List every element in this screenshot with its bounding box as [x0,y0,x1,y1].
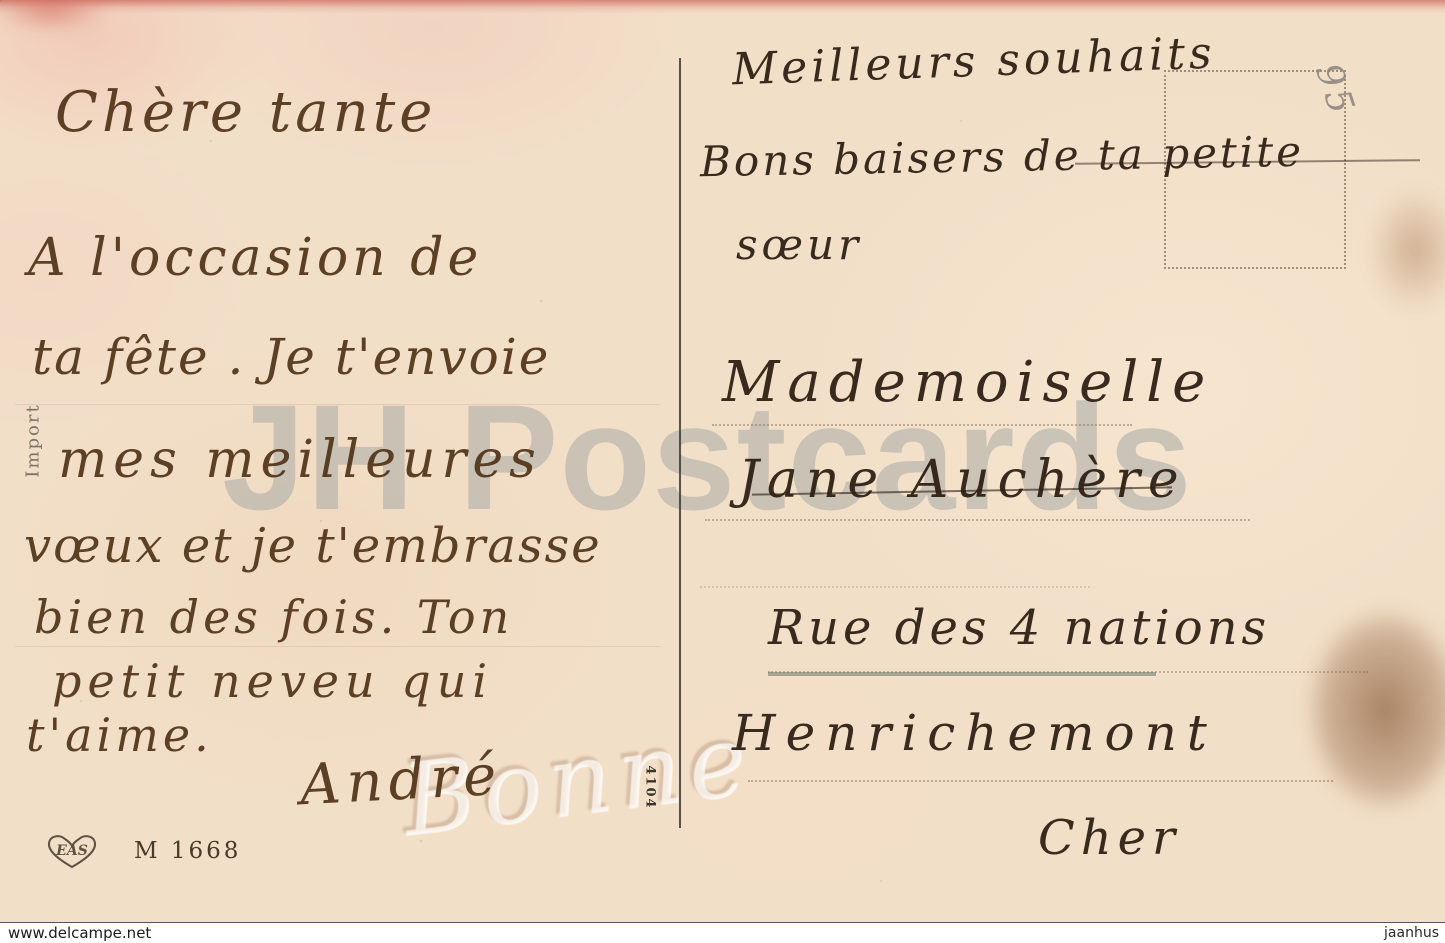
postcard-back: JH Postcards Bonne Import 4104 EAS M 166… [0,0,1445,925]
message-line: A l'occasion de [28,228,482,288]
address-dotline-4 [768,671,1368,673]
stain-right-top [1350,165,1445,335]
message-line: mes meilleures [58,430,542,490]
scan-footer-strip: www.delcampe.net jaanhus [0,923,1445,943]
message-line: vœux et je t'embrasse [24,518,602,574]
seller-watermark: jaanhus [1384,925,1439,941]
address-line: Cher [1038,810,1181,866]
message-line: petit neveu qui [52,654,493,708]
address-dotline-1 [712,424,1132,426]
faint-rule-left-1 [15,404,660,405]
address-line: Rue des 4 nations [768,600,1270,656]
address-line: Jane Auchère [738,450,1187,510]
address-line: Meilleurs souhaits [731,28,1216,96]
postcard-scan: JH Postcards Bonne Import 4104 EAS M 166… [0,0,1445,943]
top-pink-stripe [0,0,1445,14]
address-dotline-5 [748,780,1333,782]
signature: André [298,743,503,818]
faint-rule-left-2 [15,646,660,647]
message-line: bien des fois. Ton [34,590,513,644]
stain-right-edge [1280,575,1445,845]
address-line: Henrichemont [732,704,1217,762]
address-dotline-2 [705,519,1250,521]
paper-speckles [0,0,2,2]
smudge-top-left [0,0,125,37]
import-mark-vertical: Import [23,386,44,496]
delcampe-watermark: www.delcampe.net [8,924,151,942]
message-line: Chère tante [55,80,436,145]
eas-heart-logo: EAS [46,832,98,870]
publisher-code: M 1668 [134,838,241,864]
eas-logo-text: EAS [55,843,88,859]
address-line: Mademoiselle [722,350,1213,415]
message-line: ta fête . Je t'envoie [32,328,550,386]
message-line: t'aime. [26,708,213,762]
address-line: sœur [736,220,862,269]
address-dotline-3 [700,586,1090,588]
publisher-row: EAS M 1668 [46,832,241,870]
plate-number-vertical: 4104 [643,738,658,838]
center-divider-line [679,58,681,828]
